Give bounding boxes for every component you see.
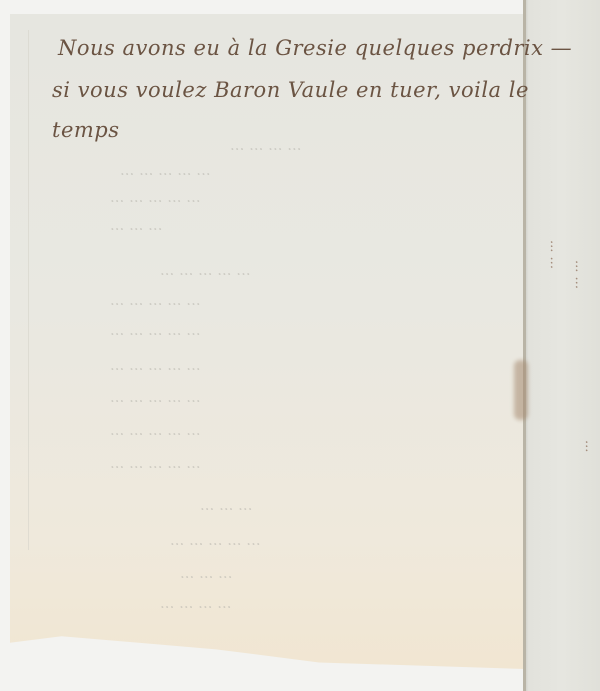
bleed-line: ··· ··· ··· ··· ··· [110,458,201,476]
bleed-line: ··· ··· ··· ··· [230,140,302,158]
paper-crease [28,30,29,550]
facing-page [524,0,600,691]
bleed-line: ··· ··· ··· ··· ··· [110,295,201,313]
letter-page [10,14,525,669]
bleed-line: ··· ··· ··· ··· [160,598,232,616]
handwritten-line-3: temps [52,118,120,142]
margin-note: ··· ··· [570,260,585,289]
handwritten-line-2: si vous voulez Baron Vaule en tuer, voil… [52,78,529,102]
ink-stain [514,360,528,420]
margin-note: ··· [580,440,595,452]
bleed-line: ··· ··· ··· ··· ··· [170,535,261,553]
bleed-line: ··· ··· ··· ··· ··· [120,165,211,183]
margin-note: ··· ··· [545,240,560,269]
bleed-line: ··· ··· ··· ··· ··· [110,392,201,410]
bleed-line: ··· ··· ··· [200,500,252,518]
handwritten-line-1: Nous avons eu à la Gresie quelques perdr… [58,36,572,60]
bleed-line: ··· ··· ··· ··· ··· [110,192,201,210]
bleed-line: ··· ··· ··· ··· ··· [110,325,201,343]
bleed-line: ··· ··· ··· ··· ··· [110,425,201,443]
bleed-line: ··· ··· ··· [110,220,162,238]
bleed-line: ··· ··· ··· ··· ··· [160,265,251,283]
bleed-line: ··· ··· ··· [180,568,232,586]
page-fold [523,0,526,691]
bleed-line: ··· ··· ··· ··· ··· [110,360,201,378]
